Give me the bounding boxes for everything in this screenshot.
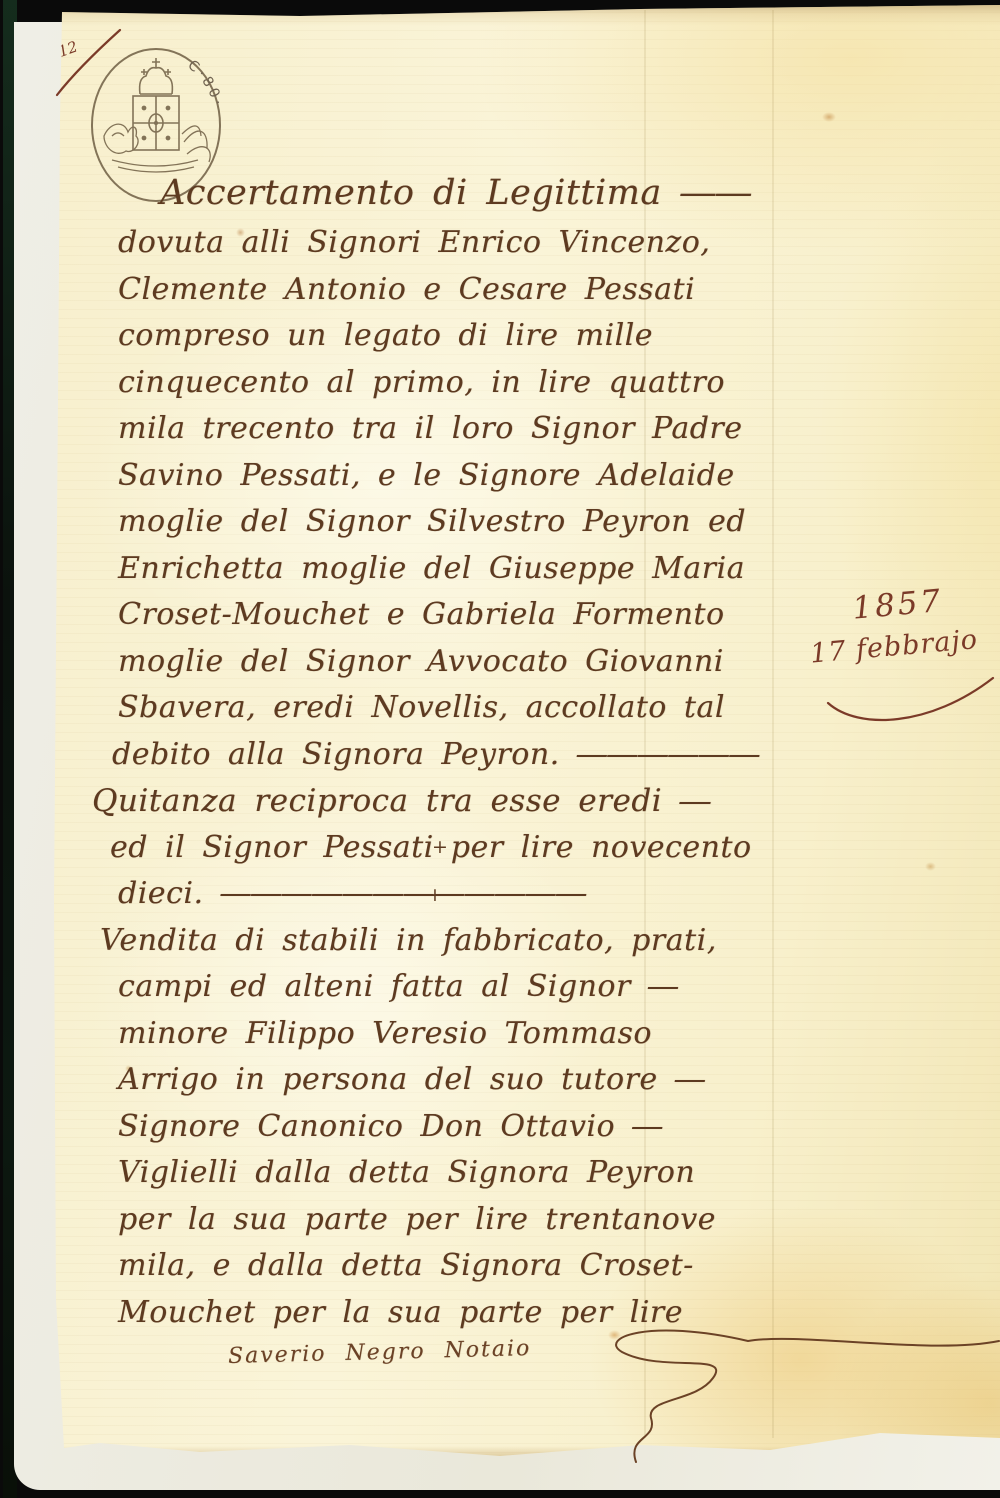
- manuscript-line: compreso un legato di lire mille: [118, 313, 808, 360]
- insertion-mark-above: +: [432, 836, 448, 858]
- manuscript-line: moglie del Signor Avvocato Giovanni: [118, 639, 808, 686]
- margin-date: 1857 17 febbrajo: [805, 577, 1000, 669]
- crown-icon: [140, 58, 173, 94]
- manuscript-line: mila, e dalla detta Signora Croset-: [118, 1243, 808, 1290]
- insertion-mark-below: +: [427, 884, 443, 906]
- manuscript-line: Vendita di stabili in fabbricato, prati,: [100, 918, 808, 965]
- paper-top-edge: [0, 0, 1000, 26]
- document-page: I. 6012: [0, 0, 1000, 1462]
- manuscript-line: minore Filippo Veresio Tommaso: [118, 1011, 808, 1058]
- manuscript-line: dovuta alli Signori Enrico Vincenzo,: [118, 220, 808, 267]
- manuscript-line: Accertamento di Legittima ――: [160, 166, 808, 220]
- age-stain: [925, 862, 936, 871]
- manuscript-line: Croset-Mouchet e Gabriela Formento: [118, 592, 808, 639]
- manuscript-line: Savino Pessati, e le Signore Adelaide: [118, 453, 808, 500]
- scanned-document: I. 6012: [0, 0, 1000, 1498]
- age-stain: [822, 112, 836, 122]
- manuscript-line: moglie del Signor Silvestro Peyron ed: [118, 499, 808, 546]
- margin-date-day: 17 febbrajo: [809, 621, 1000, 669]
- palm-leaves-icon: [182, 126, 210, 162]
- manuscript-line: Signore Canonico Don Ottavio ―: [118, 1104, 808, 1151]
- manuscript-line: campi ed alteni fatta al Signor ―: [118, 964, 808, 1011]
- coat-of-arms-shield: [133, 96, 179, 150]
- manuscript-line: ed il Signor Pessati per lire novecento: [110, 825, 808, 872]
- stamp-value: C·80·: [184, 57, 226, 110]
- manuscript-line: cinquecento al primo, in lire quattro: [118, 360, 808, 407]
- manuscript-line: Mouchet per la sua parte per lire: [118, 1290, 808, 1337]
- manuscript-line: mila trecento tra il loro Signor Padre: [118, 406, 808, 453]
- manuscript-line: Enrichetta moglie del Giuseppe Maria: [118, 546, 808, 593]
- notary-signature: Saverio Negro Notaio: [228, 1336, 532, 1369]
- manuscript-line: debito alla Signora Peyron. ――――――: [112, 732, 808, 779]
- manuscript-line: Quitanza reciproca tra esse eredi ―: [92, 778, 808, 825]
- margin-date-year: 1857: [851, 577, 1000, 626]
- manuscript-line: Arrigo in persona del suo tutore ―: [118, 1057, 808, 1104]
- svg-text:C·80·: C·80·: [184, 57, 226, 110]
- manuscript-line: Sbavera, eredi Novellis, accollato tal: [118, 685, 808, 732]
- manuscript-line: Clemente Antonio e Cesare Pessati: [118, 267, 808, 314]
- manuscript-text: Accertamento di Legittima ―― dovuta alli…: [118, 166, 808, 1336]
- manuscript-line: Viglielli dalla detta Signora Peyron: [118, 1150, 808, 1197]
- manuscript-line: dieci. ――――――――――――: [118, 871, 808, 918]
- manuscript-line: per la sua parte per lire trentanove: [118, 1197, 808, 1244]
